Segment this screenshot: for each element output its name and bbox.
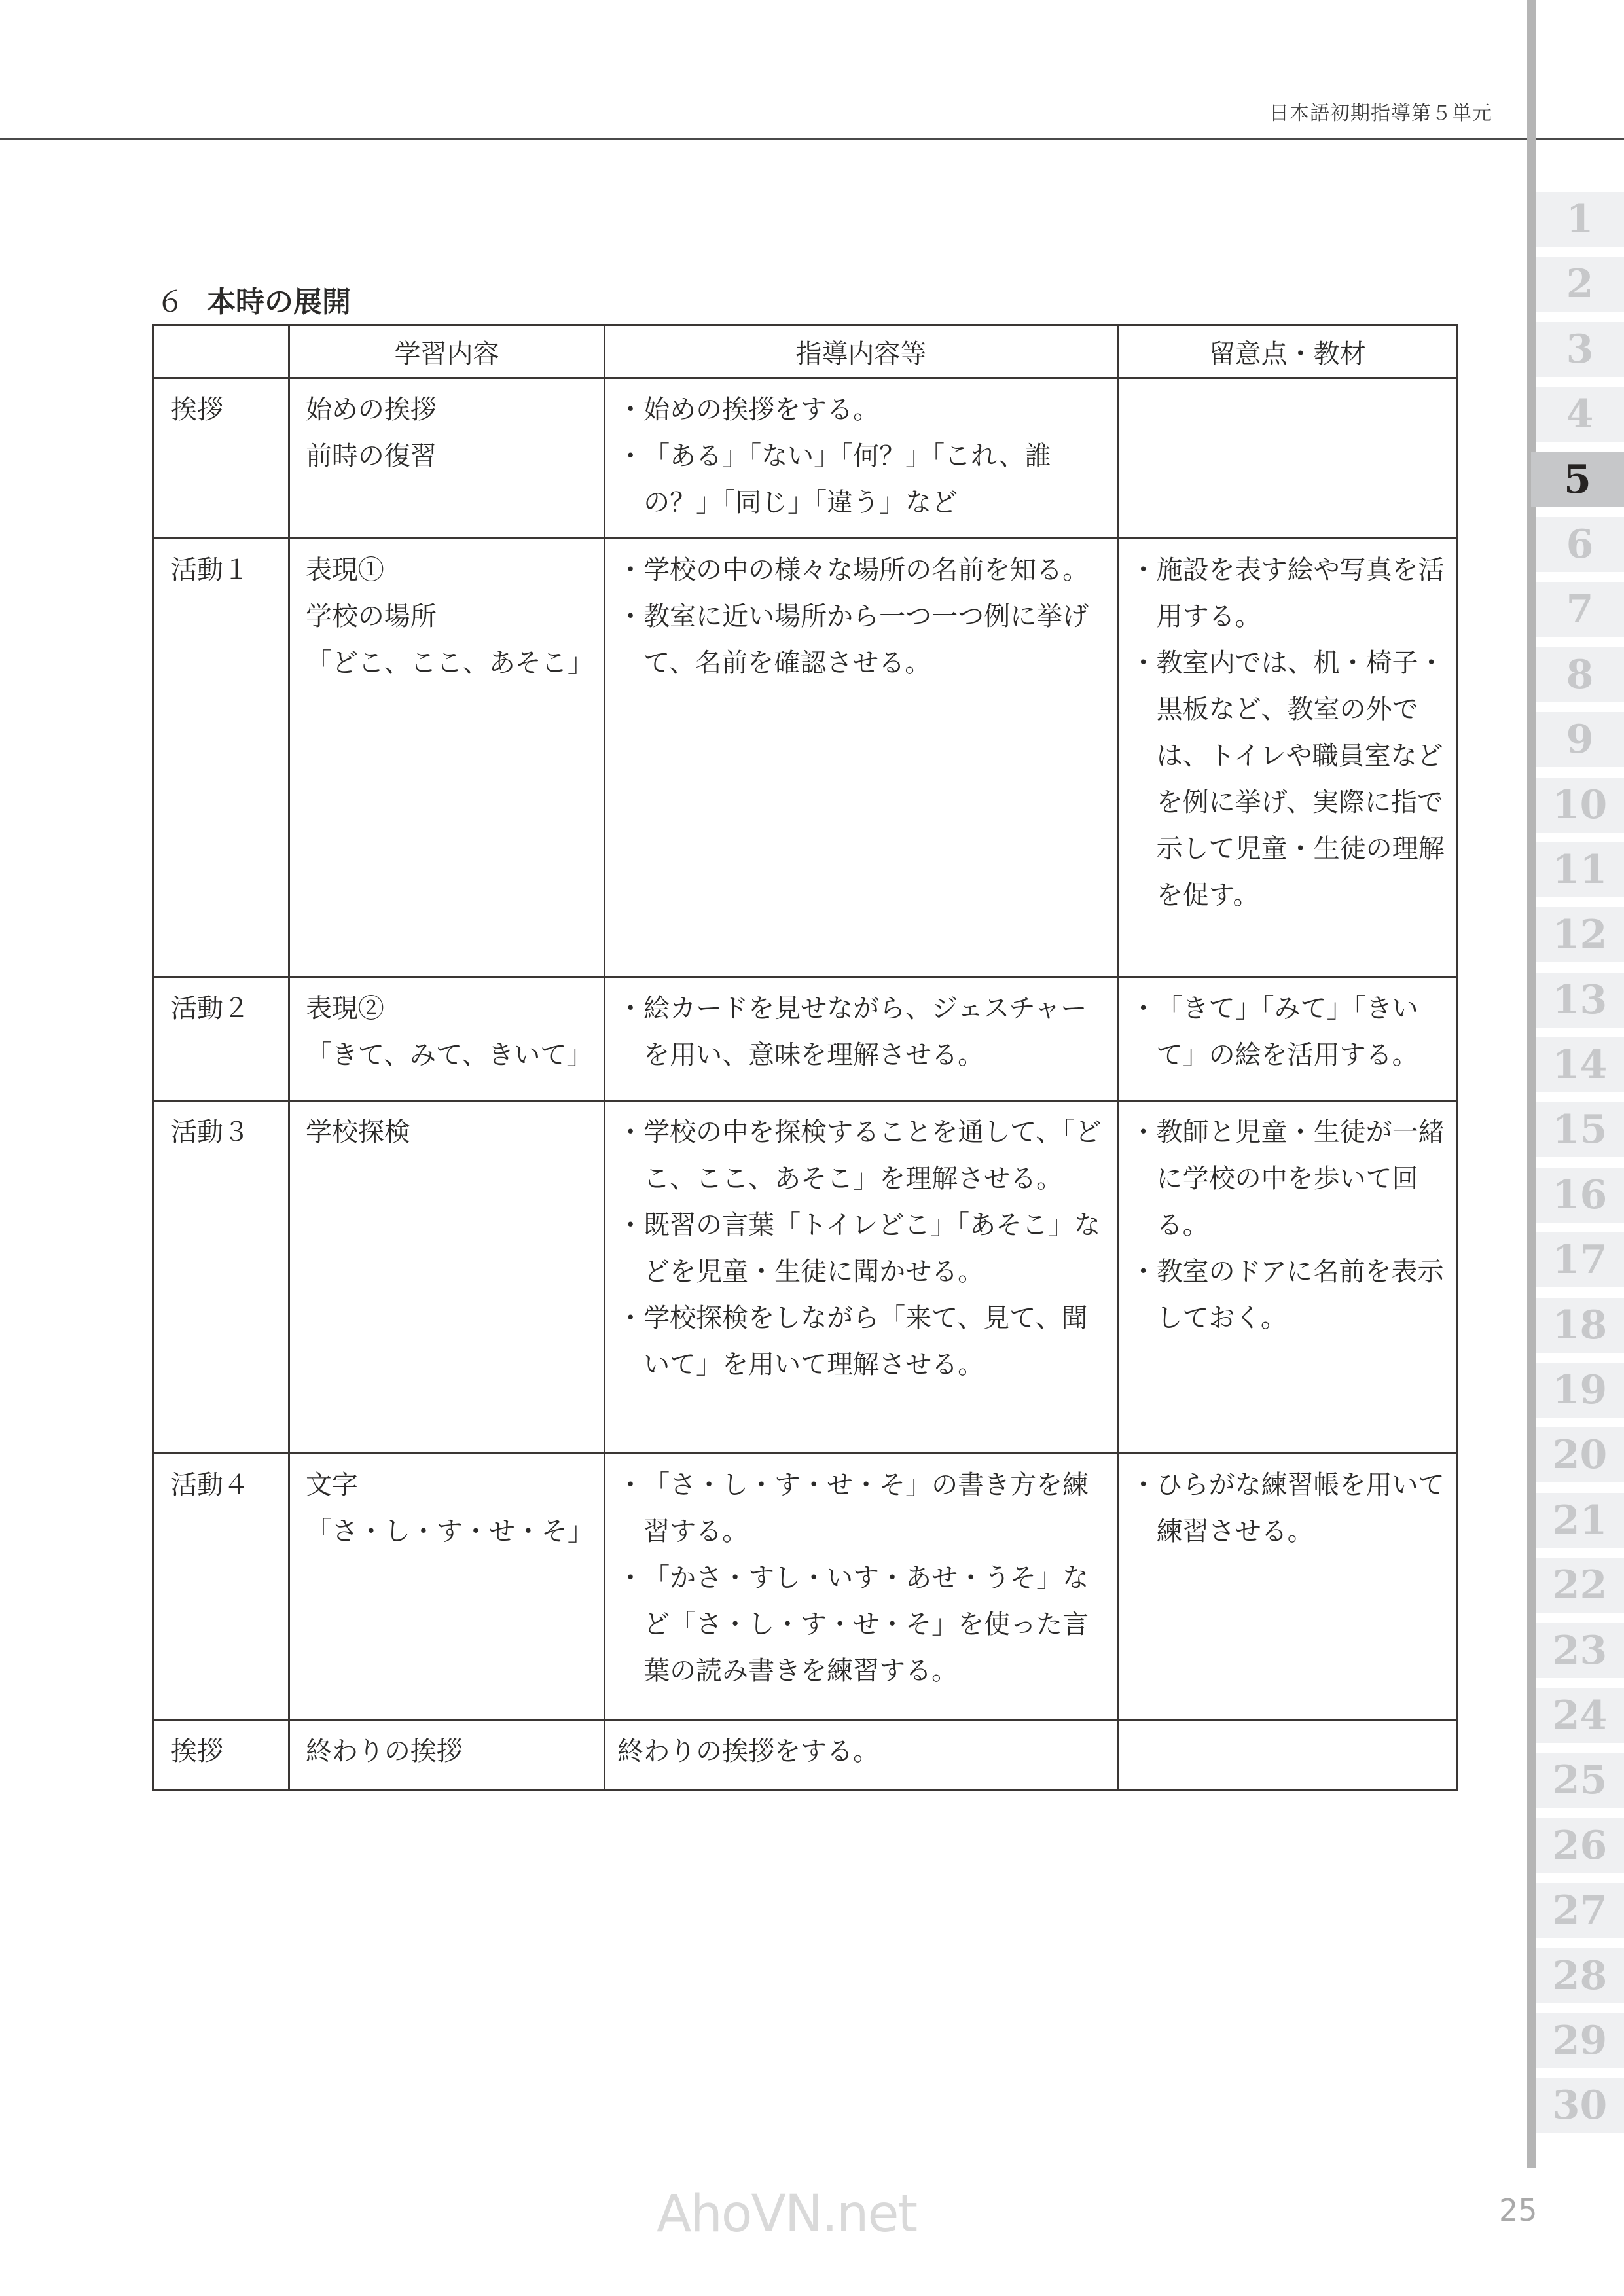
bullet-text: 始めの挨拶をする。 xyxy=(643,395,879,425)
page-number: 25 xyxy=(1499,2193,1538,2228)
side-tab-23[interactable]: 23 xyxy=(1536,1623,1624,1678)
running-header: 日本語初期指導第５単元 xyxy=(1269,97,1492,126)
side-tab-7[interactable]: 7 xyxy=(1536,582,1624,637)
table-row: 活動２表現②「きて、みて、きいて」・絵カードを見せながら、ジェスチャーを用い、意… xyxy=(153,977,1458,1101)
side-tab-20[interactable]: 20 xyxy=(1536,1427,1624,1482)
bullet-item: ・教室のドアに名前を表示しておく。 xyxy=(1130,1249,1449,1342)
bullet-icon: ・ xyxy=(617,1109,643,1156)
table-row: 挨拶始めの挨拶前時の復習・始めの挨拶をする。・「ある」「ない」「何？」「これ、誰… xyxy=(153,378,1458,539)
bullet-text: 施設を表す絵や写真を活用する。 xyxy=(1157,555,1445,632)
side-tab-28[interactable]: 28 xyxy=(1536,1948,1624,2003)
bullet-icon: ・ xyxy=(1130,1249,1157,1295)
side-tab-22[interactable]: 22 xyxy=(1536,1558,1624,1613)
bullet-icon: ・ xyxy=(1130,547,1157,594)
bullet-icon: ・ xyxy=(617,1202,643,1249)
header-notes: 留意点・教材 xyxy=(1117,325,1457,378)
bullet-item: ・学校の中を探検することを通して、「どこ、ここ、あそこ」を理解させる。 xyxy=(617,1109,1108,1202)
side-tab-24[interactable]: 24 xyxy=(1536,1688,1624,1743)
bullet-item: ・「さ・し・す・せ・そ」の書き方を練習する。 xyxy=(617,1462,1108,1555)
bullet-item: ・学校探検をしながら「来て、見て、聞いて」を用いて理解させる。 xyxy=(617,1295,1108,1388)
side-tab-4[interactable]: 4 xyxy=(1536,387,1624,442)
bullet-item: ・既習の言葉「トイレどこ」「あそこ」などを児童・生徒に聞かせる。 xyxy=(617,1202,1108,1295)
content-cell: 学校探検 xyxy=(289,1101,604,1454)
notes-cell xyxy=(1117,378,1457,539)
content-line: 学校の場所 xyxy=(306,594,604,640)
side-tab-8[interactable]: 8 xyxy=(1536,647,1624,702)
table-row: 挨拶終わりの挨拶終わりの挨拶をする。 xyxy=(153,1720,1458,1790)
bullet-text: 教室に近い場所から一つ一つ例に挙げて、名前を確認させる。 xyxy=(643,601,1089,678)
guidance-cell: ・絵カードを見せながら、ジェスチャーを用い、意味を理解させる。 xyxy=(605,977,1118,1101)
bullet-text: 「きて」「みて」「きいて」の絵を活用する。 xyxy=(1157,994,1418,1070)
bullet-item: ・「ある」「ない」「何？」「これ、誰の？」「同じ」「違う」など xyxy=(617,433,1108,526)
side-tab-2[interactable]: 2 xyxy=(1536,257,1624,312)
header-stage xyxy=(153,325,289,378)
bullet-icon: ・ xyxy=(617,1295,643,1342)
bullet-item: ・「きて」「みて」「きいて」の絵を活用する。 xyxy=(1130,986,1449,1079)
bullet-text: 教室内では、机・椅子・黒板など、教室の外では、トイレや職員室などを例に挙げ、実際… xyxy=(1157,648,1445,910)
bullet-icon: ・ xyxy=(617,433,643,480)
content-cell: 終わりの挨拶 xyxy=(289,1720,604,1790)
side-tab-14[interactable]: 14 xyxy=(1536,1037,1624,1092)
guidance-cell: ・学校の中を探検することを通して、「どこ、ここ、あそこ」を理解させる。・既習の言… xyxy=(605,1101,1118,1454)
table-row: 活動３学校探検・学校の中を探検することを通して、「どこ、ここ、あそこ」を理解させ… xyxy=(153,1101,1458,1454)
side-tab-1[interactable]: 1 xyxy=(1536,192,1624,247)
side-tab-13[interactable]: 13 xyxy=(1536,973,1624,1028)
table-row: 活動４文字「さ・し・す・せ・そ」・「さ・し・す・せ・そ」の書き方を練習する。・「… xyxy=(153,1454,1458,1720)
stage-cell: 活動１ xyxy=(153,539,289,977)
bullet-item: ・ひらがな練習帳を用いて練習させる。 xyxy=(1130,1462,1449,1555)
content-cell: 文字「さ・し・す・せ・そ」 xyxy=(289,1454,604,1720)
content-cell: 表現①学校の場所「どこ、ここ、あそこ」 xyxy=(289,539,604,977)
bullet-item: ・学校の中の様々な場所の名前を知る。 xyxy=(617,547,1108,594)
bullet-item: ・教師と児童・生徒が一緒に学校の中を歩いて回る。 xyxy=(1130,1109,1449,1249)
bullet-text: 教師と児童・生徒が一緒に学校の中を歩いて回る。 xyxy=(1157,1117,1445,1240)
notes-cell: ・「きて」「みて」「きいて」の絵を活用する。 xyxy=(1117,977,1457,1101)
content-line: 終わりの挨拶 xyxy=(306,1729,604,1775)
stage-cell: 活動３ xyxy=(153,1101,289,1454)
bullet-item: ・「かさ・すし・いす・あせ・うそ」など「さ・し・す・せ・そ」を使った言葉の読み書… xyxy=(617,1555,1108,1695)
section-title: 本時の展開 xyxy=(207,285,351,319)
side-tab-9[interactable]: 9 xyxy=(1536,712,1624,767)
bullet-text: ひらがな練習帳を用いて練習させる。 xyxy=(1157,1470,1445,1547)
watermark: AhoVN.net xyxy=(657,2185,916,2244)
bullet-text: 「かさ・すし・いす・あせ・うそ」など「さ・し・す・せ・そ」を使った言葉の読み書き… xyxy=(643,1563,1089,1686)
side-tab-3[interactable]: 3 xyxy=(1536,322,1624,377)
bullet-icon: ・ xyxy=(617,387,643,433)
notes-cell: ・教師と児童・生徒が一緒に学校の中を歩いて回る。・教室のドアに名前を表示しておく… xyxy=(1117,1101,1457,1454)
side-tab-30[interactable]: 30 xyxy=(1536,2078,1624,2133)
bullet-icon: ・ xyxy=(617,1555,643,1602)
bullet-item: ・教室内では、机・椅子・黒板など、教室の外では、トイレや職員室などを例に挙げ、実… xyxy=(1130,640,1449,919)
side-tab-6[interactable]: 6 xyxy=(1536,517,1624,572)
table-header-row: 学習内容 指導内容等 留意点・教材 xyxy=(153,325,1458,378)
side-index-tabs: 1234567891011121314151617181920212223242… xyxy=(1536,192,1624,2144)
table-row: 活動１表現①学校の場所「どこ、ここ、あそこ」・学校の中の様々な場所の名前を知る。… xyxy=(153,539,1458,977)
lesson-plan-table: 学習内容 指導内容等 留意点・教材 挨拶始めの挨拶前時の復習・始めの挨拶をする。… xyxy=(152,324,1458,1791)
content-line: 「きて、みて、きいて」 xyxy=(306,1032,604,1079)
bullet-text: 「ある」「ない」「何？」「これ、誰の？」「同じ」「違う」など xyxy=(643,441,1051,518)
bullet-icon: ・ xyxy=(1130,1462,1157,1509)
stage-cell: 活動４ xyxy=(153,1454,289,1720)
notes-cell: ・ひらがな練習帳を用いて練習させる。 xyxy=(1117,1454,1457,1720)
content-line: 前時の復習 xyxy=(306,433,604,480)
bullet-text: 「さ・し・す・せ・そ」の書き方を練習する。 xyxy=(643,1470,1089,1547)
stage-cell: 挨拶 xyxy=(153,1720,289,1790)
side-tab-10[interactable]: 10 xyxy=(1536,778,1624,833)
section-number: ６ xyxy=(156,285,185,319)
bullet-icon: ・ xyxy=(617,1462,643,1509)
content-line: 学校探検 xyxy=(306,1109,604,1156)
content-cell: 始めの挨拶前時の復習 xyxy=(289,378,604,539)
content-line: 表現② xyxy=(306,986,604,1032)
stage-cell: 挨拶 xyxy=(153,378,289,539)
header-divider xyxy=(0,138,1624,140)
bullet-text: 既習の言葉「トイレどこ」「あそこ」などを児童・生徒に聞かせる。 xyxy=(643,1210,1100,1287)
header-content: 学習内容 xyxy=(289,325,604,378)
content-line: 「どこ、ここ、あそこ」 xyxy=(306,640,604,687)
guidance-cell: ・始めの挨拶をする。・「ある」「ない」「何？」「これ、誰の？」「同じ」「違う」な… xyxy=(605,378,1118,539)
bullet-text: 絵カードを見せながら、ジェスチャーを用い、意味を理解させる。 xyxy=(643,994,1087,1070)
bullet-text: 学校の中の様々な場所の名前を知る。 xyxy=(643,555,1089,585)
bullet-icon: ・ xyxy=(1130,640,1157,687)
side-tab-25[interactable]: 25 xyxy=(1536,1753,1624,1808)
notes-cell xyxy=(1117,1720,1457,1790)
bullet-text: 学校の中を探検することを通して、「どこ、ここ、あそこ」を理解させる。 xyxy=(643,1117,1101,1194)
bullet-icon: ・ xyxy=(617,594,643,640)
bullet-icon: ・ xyxy=(1130,986,1157,1032)
side-tab-19[interactable]: 19 xyxy=(1536,1363,1624,1418)
bullet-item: ・始めの挨拶をする。 xyxy=(617,387,1108,433)
bullet-item: ・絵カードを見せながら、ジェスチャーを用い、意味を理解させる。 xyxy=(617,986,1108,1079)
bullet-icon: ・ xyxy=(1130,1109,1157,1156)
header-guidance: 指導内容等 xyxy=(605,325,1118,378)
side-tab-29[interactable]: 29 xyxy=(1536,2013,1624,2068)
stage-cell: 活動２ xyxy=(153,977,289,1101)
side-index-bar xyxy=(1527,0,1536,2168)
side-tab-18[interactable]: 18 xyxy=(1536,1298,1624,1353)
section-heading: ６本時の展開 xyxy=(156,278,351,320)
notes-cell: ・施設を表す絵や写真を活用する。・教室内では、机・椅子・黒板など、教室の外では、… xyxy=(1117,539,1457,977)
bullet-item: ・教室に近い場所から一つ一つ例に挙げて、名前を確認させる。 xyxy=(617,594,1108,687)
content-line: 文字 xyxy=(306,1462,604,1509)
guidance-cell: ・学校の中の様々な場所の名前を知る。・教室に近い場所から一つ一つ例に挙げて、名前… xyxy=(605,539,1118,977)
side-tab-21[interactable]: 21 xyxy=(1536,1493,1624,1548)
side-tab-15[interactable]: 15 xyxy=(1536,1102,1624,1157)
side-tab-11[interactable]: 11 xyxy=(1536,842,1624,897)
bullet-icon: ・ xyxy=(617,986,643,1032)
side-tab-5[interactable]: 5 xyxy=(1531,452,1624,507)
side-tab-27[interactable]: 27 xyxy=(1536,1883,1624,1938)
side-tab-16[interactable]: 16 xyxy=(1536,1168,1624,1223)
bullet-icon: ・ xyxy=(617,547,643,594)
content-line: 表現① xyxy=(306,547,604,594)
bullet-text: 学校探検をしながら「来て、見て、聞いて」を用いて理解させる。 xyxy=(643,1303,1087,1380)
content-line: 始めの挨拶 xyxy=(306,387,604,433)
content-cell: 表現②「きて、みて、きいて」 xyxy=(289,977,604,1101)
guidance-cell: ・「さ・し・す・せ・そ」の書き方を練習する。・「かさ・すし・いす・あせ・うそ」な… xyxy=(605,1454,1118,1720)
bullet-item: ・施設を表す絵や写真を活用する。 xyxy=(1130,547,1449,640)
guidance-cell: 終わりの挨拶をする。 xyxy=(605,1720,1118,1790)
content-line: 「さ・し・す・せ・そ」 xyxy=(306,1509,604,1555)
side-tab-26[interactable]: 26 xyxy=(1536,1818,1624,1873)
bullet-text: 教室のドアに名前を表示しておく。 xyxy=(1157,1257,1444,1333)
side-tab-17[interactable]: 17 xyxy=(1536,1232,1624,1287)
side-tab-12[interactable]: 12 xyxy=(1536,907,1624,962)
